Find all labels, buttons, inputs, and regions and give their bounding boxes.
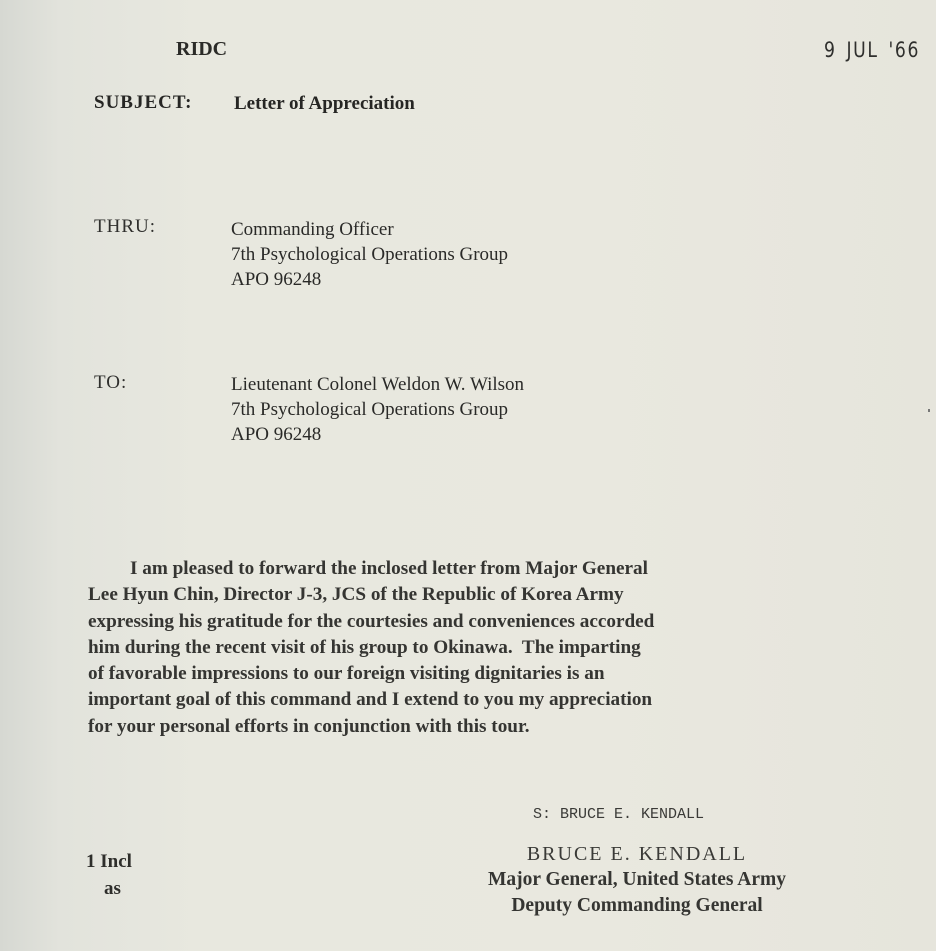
to-line: Lieutenant Colonel Weldon W. Wilson — [231, 372, 524, 397]
subject-text: Letter of Appreciation — [234, 93, 415, 115]
signed-line: S: BRUCE E. KENDALL — [533, 806, 704, 823]
inclosure-as: as — [86, 875, 132, 902]
signature-rank: Major General, United States Army — [436, 867, 838, 893]
signature-name: BRUCE E. KENDALL — [436, 841, 838, 867]
date-month: JUL — [846, 38, 878, 62]
office-symbol: RIDC — [176, 38, 227, 61]
paper-speck — [928, 409, 930, 412]
to-line: APO 96248 — [231, 422, 524, 447]
date-day: 9 — [824, 38, 837, 62]
to-address: Lieutenant Colonel Weldon W. Wilson 7th … — [231, 372, 524, 447]
body-line: important goal of this command and I ext… — [88, 687, 654, 713]
inclosure-note: 1 Incl as — [86, 848, 132, 902]
thru-line: APO 96248 — [231, 267, 508, 292]
subject-label: SUBJECT: — [94, 92, 192, 114]
to-label: TO: — [94, 372, 127, 394]
body-paragraph: I am pleased to forward the inclosed let… — [88, 556, 654, 740]
signature-title: Deputy Commanding General — [436, 893, 838, 919]
thru-label: THRU: — [94, 216, 156, 238]
thru-address: Commanding Officer 7th Psychological Ope… — [231, 217, 508, 292]
body-line: I am pleased to forward the inclosed let… — [88, 556, 654, 582]
date-year: '66 — [888, 38, 920, 62]
inclosure-count: 1 Incl — [86, 848, 132, 875]
body-line: Lee Hyun Chin, Director J-3, JCS of the … — [88, 582, 654, 608]
body-line: him during the recent visit of his group… — [88, 635, 654, 661]
body-line: expressing his gratitude for the courtes… — [88, 609, 654, 635]
thru-line: Commanding Officer — [231, 217, 508, 242]
body-line: of favorable impressions to our foreign … — [88, 661, 654, 687]
body-line: for your personal efforts in conjunction… — [88, 714, 654, 740]
to-line: 7th Psychological Operations Group — [231, 397, 524, 422]
signature-block: BRUCE E. KENDALL Major General, United S… — [436, 841, 838, 919]
date-stamp: 9JUL'66 — [824, 38, 920, 62]
thru-line: 7th Psychological Operations Group — [231, 242, 508, 267]
